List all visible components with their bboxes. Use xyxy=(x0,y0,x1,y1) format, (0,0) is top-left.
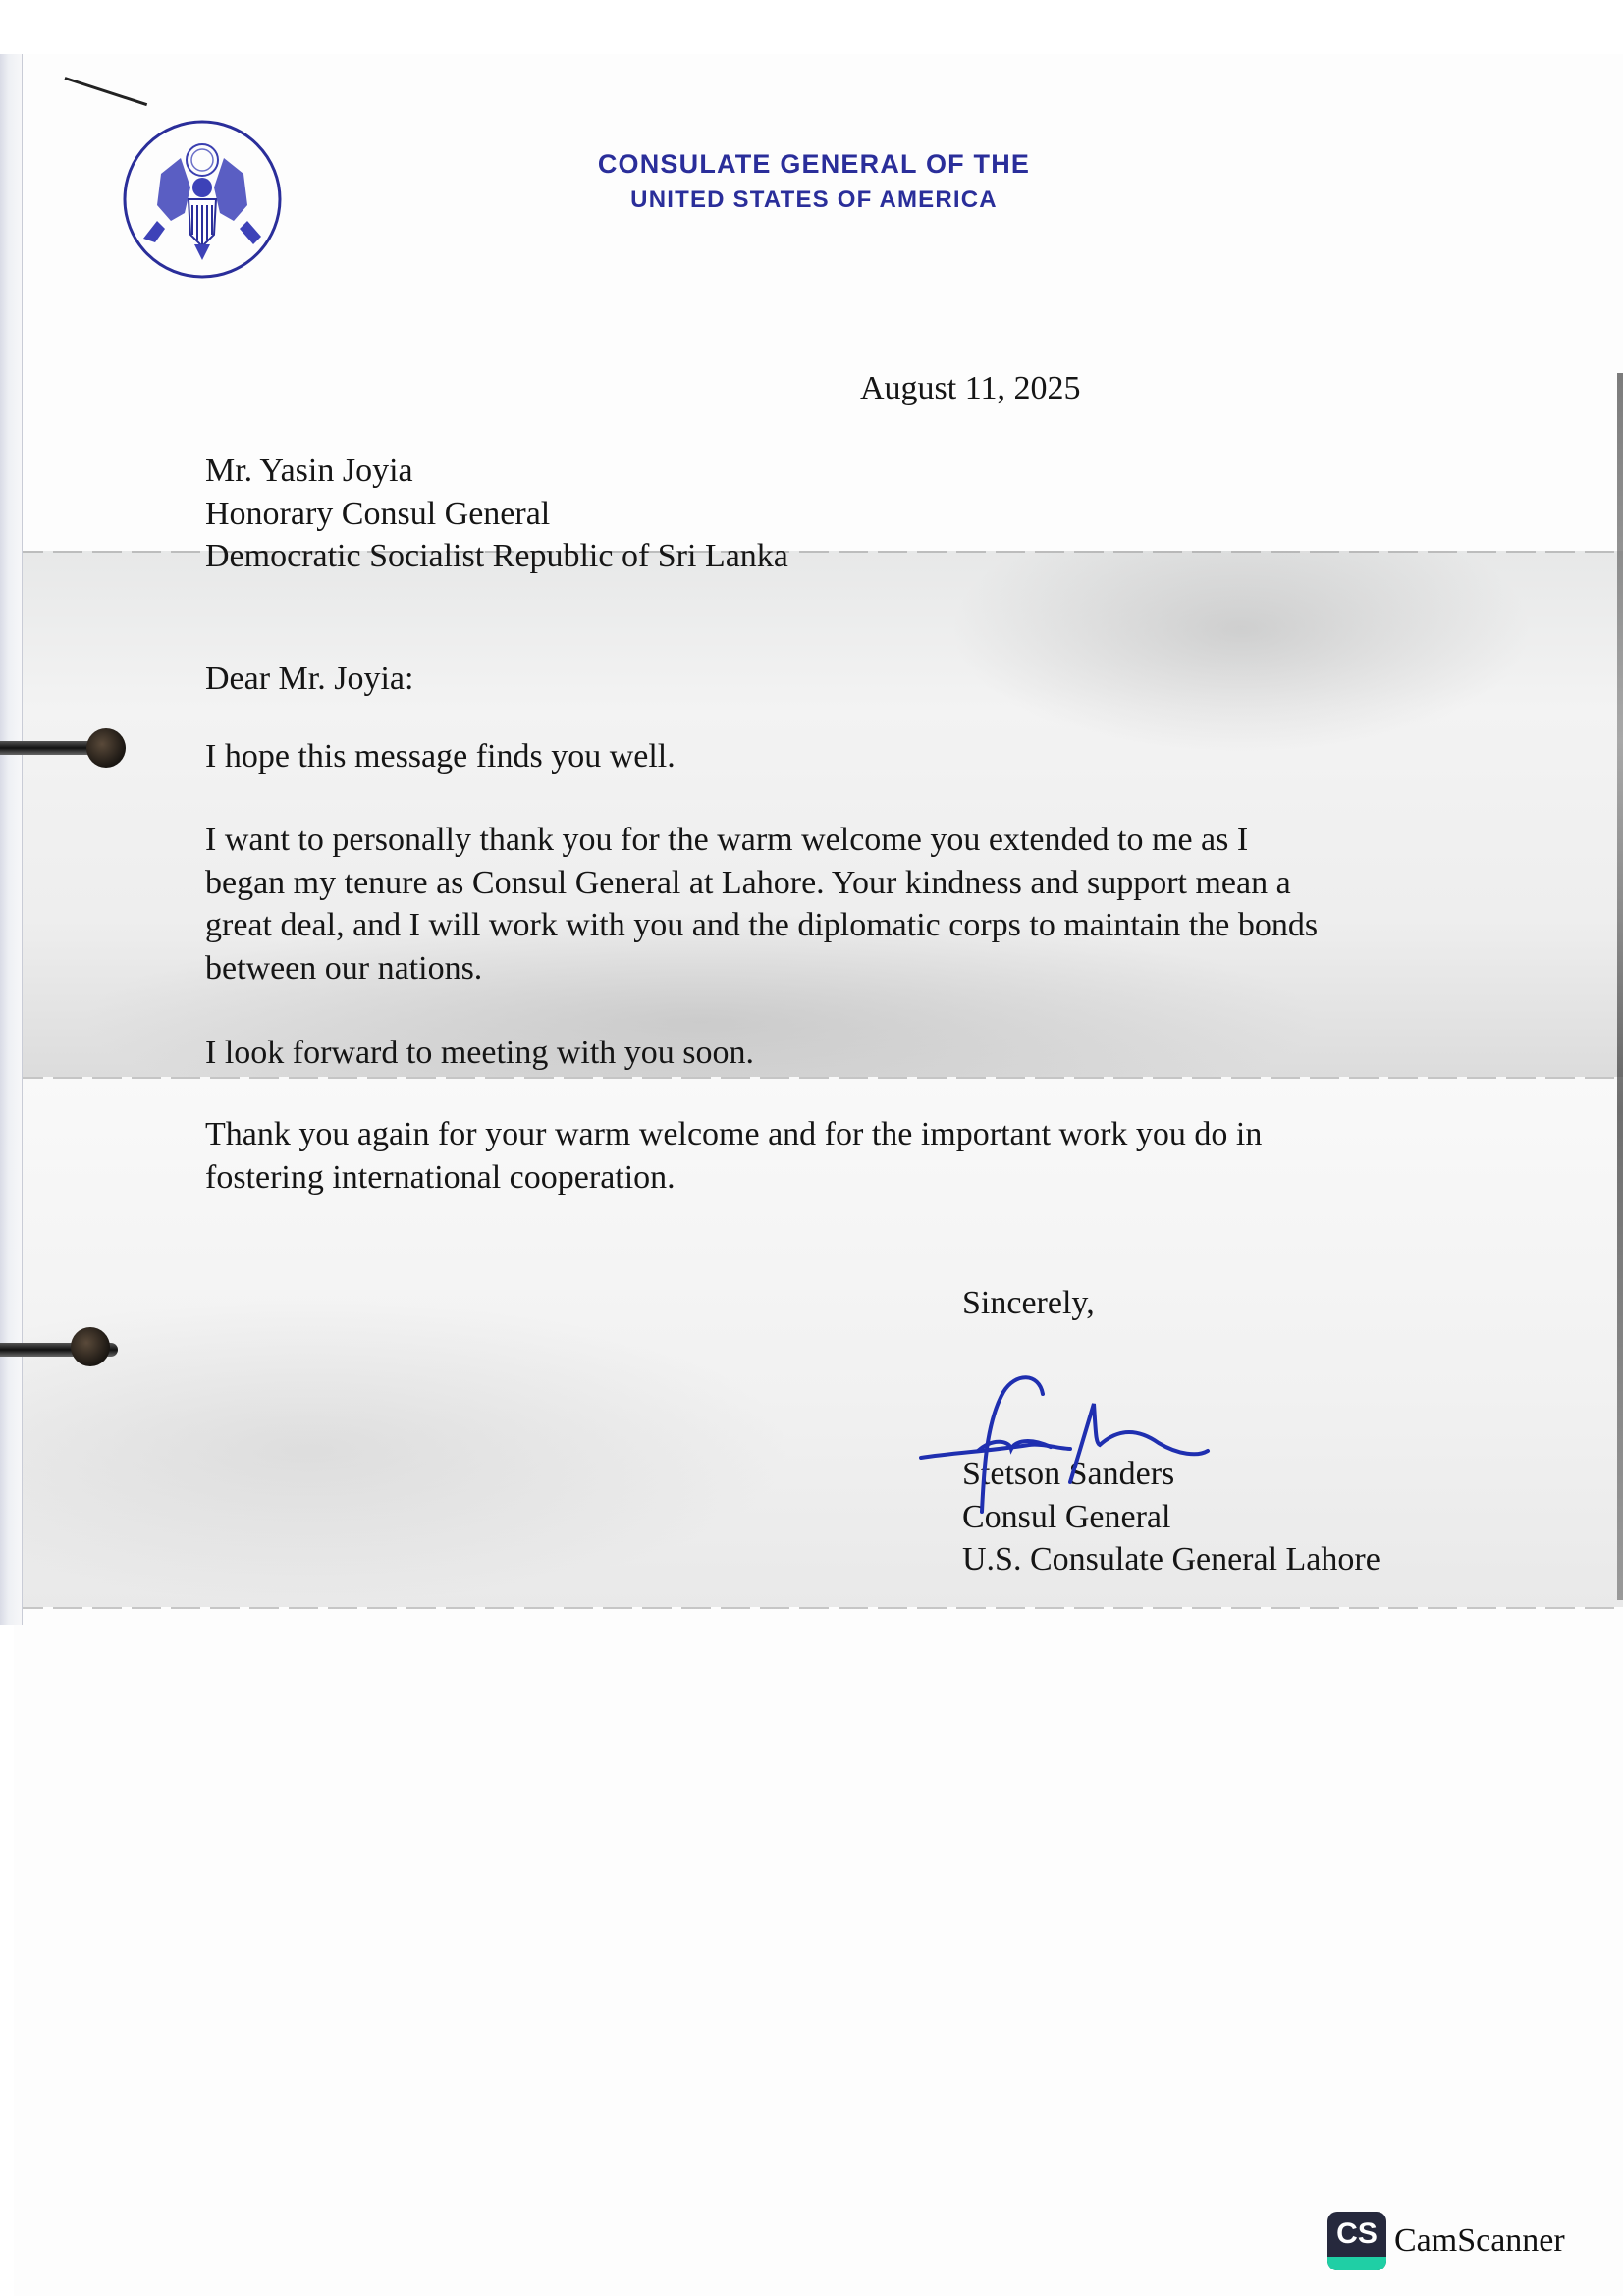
recipient-name: Mr. Yasin Joyia xyxy=(205,450,788,493)
binder-hole xyxy=(86,728,126,768)
binder-edge xyxy=(0,54,23,1625)
body-line: great deal, and I will work with you and… xyxy=(205,904,1318,947)
body-paragraph: I look forward to meeting with you soon. xyxy=(205,1032,754,1075)
body-paragraph: Thank you again for your warm welcome an… xyxy=(205,1113,1262,1199)
sender-office: U.S. Consulate General Lahore xyxy=(962,1538,1380,1581)
binder-hole xyxy=(71,1327,110,1366)
recipient-organization: Democratic Socialist Republic of Sri Lan… xyxy=(205,535,788,578)
camscanner-watermark: CS CamScanner xyxy=(1327,2212,1565,2270)
letter-date: August 11, 2025 xyxy=(860,367,1080,410)
body-line: Thank you again for your warm welcome an… xyxy=(205,1113,1262,1156)
body-paragraph: I hope this message finds you well. xyxy=(205,735,676,778)
great-seal-eagle-icon xyxy=(122,119,283,280)
letterhead-line-2: UNITED STATES OF AMERICA xyxy=(519,183,1109,218)
recipient-address: Mr. Yasin Joyia Honorary Consul General … xyxy=(205,450,788,578)
camscanner-badge-text: CS xyxy=(1327,2217,1386,2251)
handwritten-signature-icon xyxy=(913,1355,1227,1541)
letterhead: CONSULATE GENERAL OF THE UNITED STATES O… xyxy=(519,145,1109,218)
body-paragraph: I want to personally thank you for the w… xyxy=(205,819,1318,989)
body-line: fostering international cooperation. xyxy=(205,1156,1262,1200)
letterhead-line-1: CONSULATE GENERAL OF THE xyxy=(519,145,1109,183)
body-line: I look forward to meeting with you soon. xyxy=(205,1032,754,1075)
fold-crease xyxy=(14,1607,1623,1609)
closing: Sincerely, xyxy=(962,1282,1095,1325)
camscanner-logo-icon: CS xyxy=(1327,2212,1386,2270)
fold-shadow-band xyxy=(14,551,1623,1077)
salutation: Dear Mr. Joyia: xyxy=(205,658,413,701)
body-line: between our nations. xyxy=(205,947,1318,990)
body-line: began my tenure as Consul General at Lah… xyxy=(205,862,1318,905)
recipient-title: Honorary Consul General xyxy=(205,493,788,536)
camscanner-badge-stripe xyxy=(1327,2257,1386,2270)
fold-crease xyxy=(14,1077,1623,1079)
body-line: I want to personally thank you for the w… xyxy=(205,819,1318,862)
camscanner-label: CamScanner xyxy=(1394,2222,1565,2260)
body-line: I hope this message finds you well. xyxy=(205,735,676,778)
page-edge-shadow xyxy=(1617,373,1623,1600)
